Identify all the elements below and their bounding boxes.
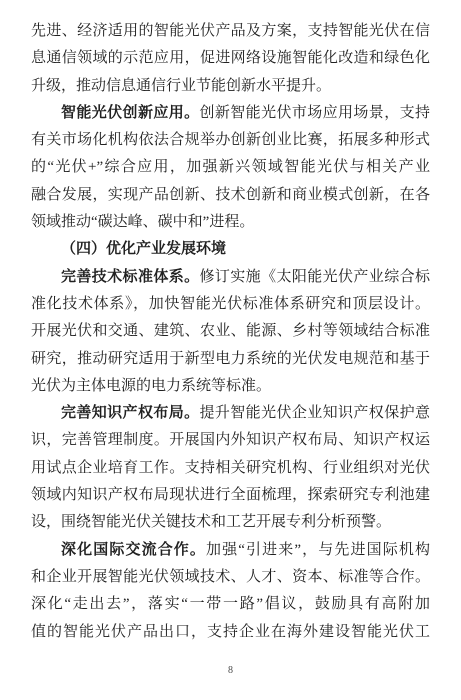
text-line: 融合发展，实现产品创新、技术创新和商业模式创新，在各	[31, 182, 430, 209]
body-text: 识，完善管理制度。开展国内外知识产权布局、知识产权运	[31, 432, 430, 448]
text-line: 领域内知识产权布局现状进行全面梳理，探索研究专利池建	[31, 482, 430, 509]
bold-lead-text: 完善知识产权布局。	[61, 405, 200, 421]
text-line: 先进、经济适用的智能光伏产品及方案，支持智能光伏在信	[31, 18, 430, 45]
bold-lead-text: （四）优化产业发展环境	[61, 241, 226, 257]
body-text: 有关市场化机构依法合规举办创新创业比赛，拓展多种形式	[31, 132, 430, 148]
text-line: 光伏为主体电源的电力系统等标准。	[31, 373, 430, 400]
text-line: 息通信领域的示范应用，促进网络设施智能化改造和绿色化	[31, 45, 430, 72]
body-text: 的“光伏+”综合应用，加强新兴领域智能光伏与相关产业	[31, 159, 430, 175]
text-line: 识，完善管理制度。开展国内外知识产权布局、知识产权运	[31, 427, 430, 454]
body-text: 修订实施《太阳能光伏产业综合标	[200, 269, 430, 285]
bold-lead-text: 智能光伏创新应用。	[61, 105, 200, 121]
body-text: 研究，推动研究适用于新型电力系统的光伏发电规范和基于	[31, 351, 430, 367]
text-line: 研究，推动研究适用于新型电力系统的光伏发电规范和基于	[31, 346, 430, 373]
text-line: 完善知识产权布局。提升智能光伏企业知识产权保护意	[31, 400, 430, 427]
text-line: 开展光伏和交通、建筑、农业、能源、乡村等领域结合标准	[31, 318, 430, 345]
text-line: 深化国际交流合作。加强“引进来”，与先进国际机构	[31, 537, 430, 564]
document-body: 先进、经济适用的智能光伏产品及方案，支持智能光伏在信息通信领域的示范应用，促进网…	[31, 18, 430, 646]
text-line: 准化技术体系》，加快智能光伏标准体系研究和顶层设计。	[31, 291, 430, 318]
text-line: 的“光伏+”综合应用，加强新兴领域智能光伏与相关产业	[31, 154, 430, 181]
body-text: 值的智能光伏产品出口，支持企业在海外建设智能光伏工	[31, 624, 430, 640]
section-heading: （四）优化产业发展环境	[31, 236, 430, 263]
text-line: 有关市场化机构依法合规举办创新创业比赛，拓展多种形式	[31, 127, 430, 154]
body-text: 升级，推动信息通信行业节能创新水平提升。	[31, 78, 331, 94]
body-text: 深化“走出去”，落实“一带一路”倡议，鼓励具有高附加	[31, 596, 430, 612]
bold-lead-text: 深化国际交流合作。	[61, 542, 206, 558]
body-text: 创新智能光伏市场应用场景，支持	[200, 105, 430, 121]
body-text: 领域推动“碳达峰、碳中和”进程。	[31, 214, 254, 230]
body-text: 领域内知识产权布局现状进行全面梳理，探索研究专利池建	[31, 487, 430, 503]
text-line: 值的智能光伏产品出口，支持企业在海外建设智能光伏工	[31, 619, 430, 646]
text-line: 深化“走出去”，落实“一带一路”倡议，鼓励具有高附加	[31, 591, 430, 618]
text-line: 完善技术标准体系。修订实施《太阳能光伏产业综合标	[31, 264, 430, 291]
text-line: 领域推动“碳达峰、碳中和”进程。	[31, 209, 430, 236]
body-text: 开展光伏和交通、建筑、农业、能源、乡村等领域结合标准	[31, 323, 430, 339]
text-line: 用试点企业培育工作。支持相关研究机构、行业组织对光伏	[31, 455, 430, 482]
page-number: 8	[0, 665, 461, 676]
body-text: 提升智能光伏企业知识产权保护意	[200, 405, 430, 421]
body-text: 先进、经济适用的智能光伏产品及方案，支持智能光伏在信	[31, 23, 430, 39]
body-text: 和企业开展智能光伏领域技术、人才、资本、标准等合作。	[31, 569, 430, 585]
text-line: 升级，推动信息通信行业节能创新水平提升。	[31, 73, 430, 100]
body-text: 加强“引进来”，与先进国际机构	[206, 542, 430, 558]
body-text: 准化技术体系》，加快智能光伏标准体系研究和顶层设计。	[31, 296, 430, 312]
body-text: 光伏为主体电源的电力系统等标准。	[31, 378, 271, 394]
text-line: 智能光伏创新应用。创新智能光伏市场应用场景，支持	[31, 100, 430, 127]
body-text: 息通信领域的示范应用，促进网络设施智能化改造和绿色化	[31, 50, 430, 66]
body-text: 设，围绕智能光伏关键技术和工艺开展专利分析预警。	[31, 514, 391, 530]
text-line: 和企业开展智能光伏领域技术、人才、资本、标准等合作。	[31, 564, 430, 591]
text-line: 设，围绕智能光伏关键技术和工艺开展专利分析预警。	[31, 509, 430, 536]
body-text: 融合发展，实现产品创新、技术创新和商业模式创新，在各	[31, 187, 430, 203]
bold-lead-text: 完善技术标准体系。	[61, 269, 200, 285]
body-text: 用试点企业培育工作。支持相关研究机构、行业组织对光伏	[31, 460, 430, 476]
